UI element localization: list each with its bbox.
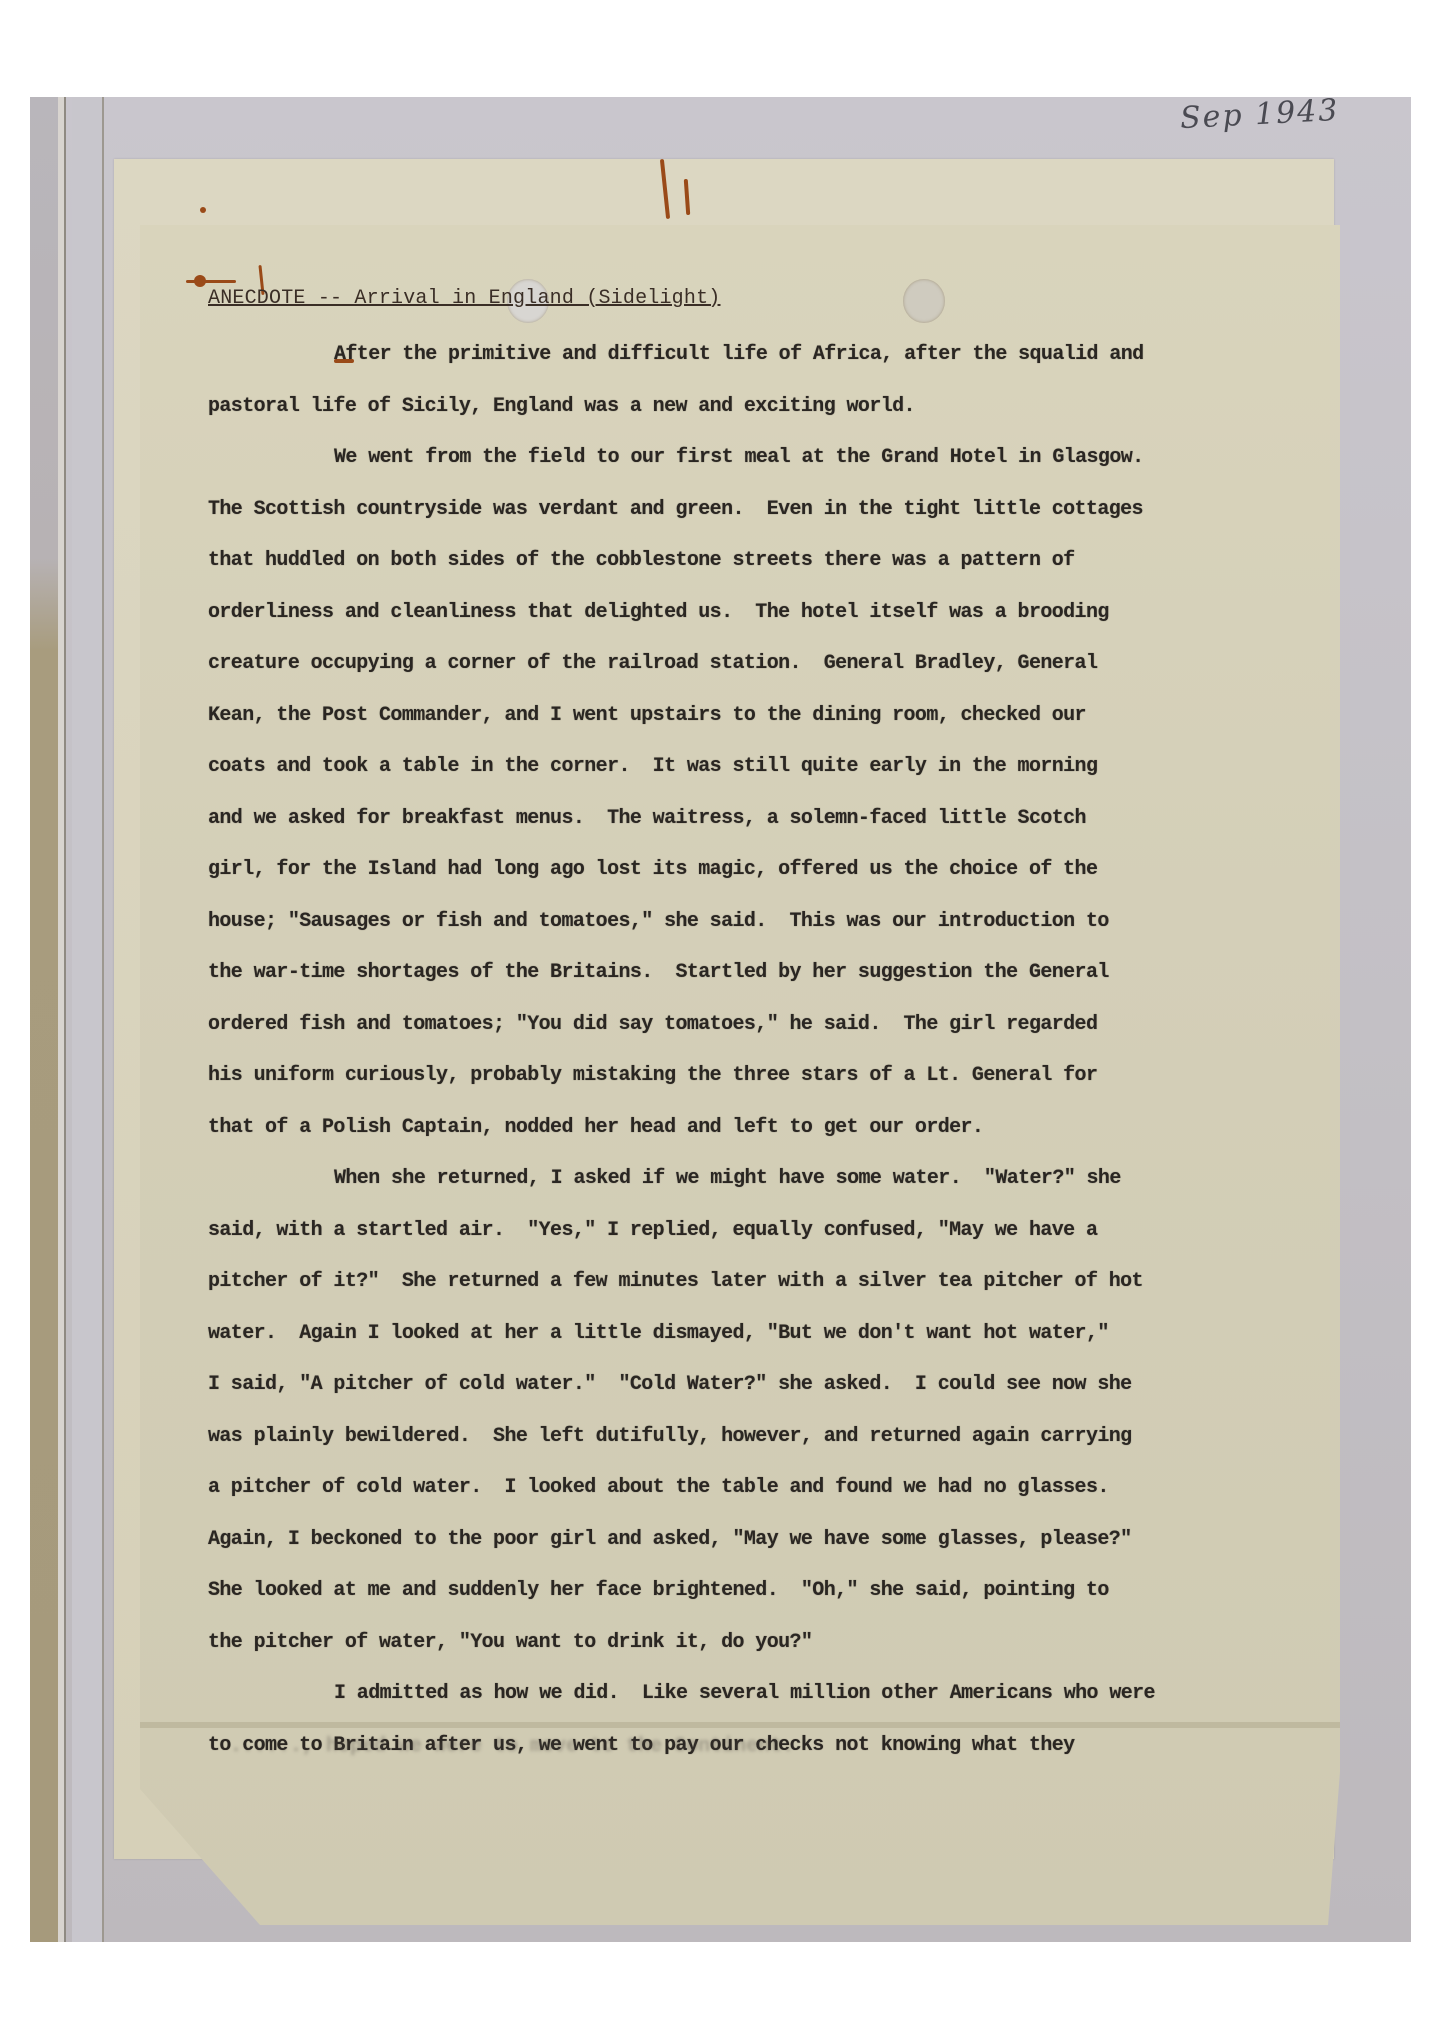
text-line: and we asked for breakfast menus. The wa… [208, 793, 1268, 845]
rust-stain-dot [194, 275, 206, 287]
text-line: The Scottish countryside was verdant and… [208, 484, 1268, 536]
text-line: Again, I beckoned to the poor girl and a… [208, 1514, 1268, 1566]
text-line: ordered fish and tomatoes; "You did say … [208, 999, 1268, 1051]
bleed-through-text: ......, hoped we were to move to the Con… [230, 1735, 1130, 1758]
text-line: a pitcher of cold water. I looked about … [208, 1462, 1268, 1514]
typewritten-page: ANECDOTE -- Arrival in England (Sideligh… [208, 286, 1268, 1771]
folder-edge-inner [58, 97, 66, 1942]
text-line: We went from the field to our first meal… [208, 432, 1268, 484]
text-line: After the primitive and difficult life o… [208, 329, 1268, 381]
text-line: Kean, the Post Commander, and I went ups… [208, 690, 1268, 742]
text-line: pitcher of it?" She returned a few minut… [208, 1256, 1268, 1308]
text-line: creature occupying a corner of the railr… [208, 638, 1268, 690]
text-line: girl, for the Island had long ago lost i… [208, 844, 1268, 896]
text-line: When she returned, I asked if we might h… [208, 1153, 1268, 1205]
text-line: orderliness and cleanliness that delight… [208, 587, 1268, 639]
paragraph-3: When she returned, I asked if we might h… [208, 1153, 1268, 1668]
text-line: She looked at me and suddenly her face b… [208, 1565, 1268, 1617]
text-line: water. Again I looked at her a little di… [208, 1308, 1268, 1360]
text-line: that of a Polish Captain, nodded her hea… [208, 1102, 1268, 1154]
text-line: said, with a startled air. "Yes," I repl… [208, 1205, 1268, 1257]
folder-edge [30, 97, 58, 1942]
text-line: coats and took a table in the corner. It… [208, 741, 1268, 793]
paragraph-2: We went from the field to our first meal… [208, 432, 1268, 1153]
text-line: the pitcher of water, "You want to drink… [208, 1617, 1268, 1669]
paragraph-1: After the primitive and difficult life o… [208, 329, 1268, 432]
text-line: pastoral life of Sicily, England was a n… [208, 381, 1268, 433]
folder-divider [72, 97, 104, 1942]
text-line: that huddled on both sides of the cobble… [208, 535, 1268, 587]
text-line: house; "Sausages or fish and tomatoes," … [208, 896, 1268, 948]
handwritten-date: Sep 1943 [1179, 97, 1340, 136]
text-line: his uniform curiously, probably mistakin… [208, 1050, 1268, 1102]
text-line: I admitted as how we did. Like several m… [208, 1668, 1268, 1720]
document-title: ANECDOTE -- Arrival in England (Sideligh… [208, 286, 1268, 312]
text-line: the war-time shortages of the Britains. … [208, 947, 1268, 999]
rust-stain-dot [200, 207, 206, 213]
text-line: was plainly bewildered. She left dutiful… [208, 1411, 1268, 1463]
text-line: I said, "A pitcher of cold water." "Cold… [208, 1359, 1268, 1411]
